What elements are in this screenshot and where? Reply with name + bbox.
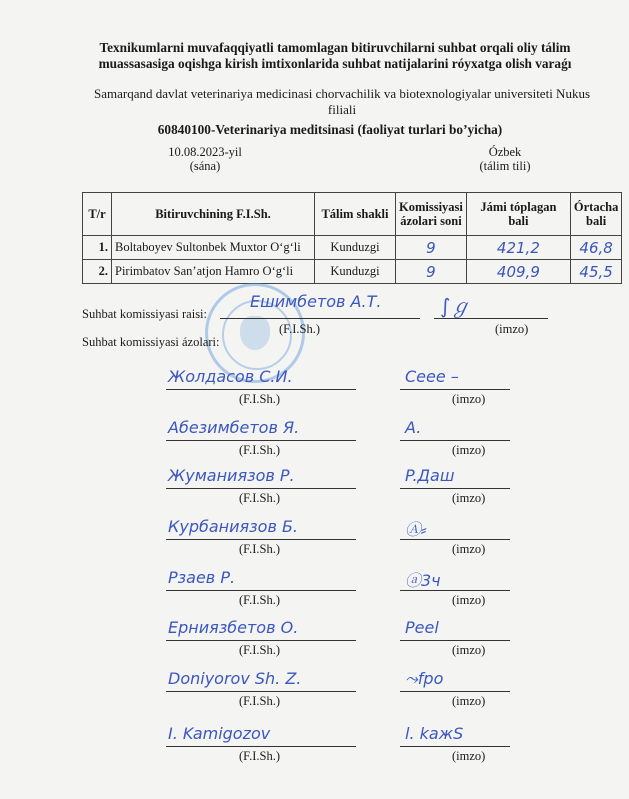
member-signature: A. [405, 418, 421, 437]
chair-label: Suhbat komissiyasi raisi: [82, 307, 207, 322]
chair-signature: ∫ℊ [440, 290, 470, 319]
name-caption: (F.I.Sh.) [239, 491, 280, 506]
sign-caption: (imzo) [452, 392, 485, 407]
member-name-handwritten: Doniyorov Sh. Z. [168, 669, 301, 688]
date-value: 10.08.2023-yil [160, 145, 250, 159]
member-name-line [166, 691, 356, 692]
member-sign-line [400, 488, 510, 489]
row-members: 9 [396, 260, 467, 284]
name-caption: (F.I.Sh.) [239, 749, 280, 764]
row-number: 2. [83, 260, 112, 284]
chair-name-line [220, 318, 420, 319]
member-sign-line [400, 590, 510, 591]
header-members: Komissiyasi ázolari soni [396, 193, 467, 236]
member-name-line [166, 746, 356, 747]
sign-caption: (imzo) [452, 542, 485, 557]
member-signature: Рeel [405, 618, 439, 637]
name-caption: (F.I.Sh.) [239, 542, 280, 557]
chair-name-handwritten: Eшимбетов А.Т. [250, 292, 381, 311]
member-name-line [166, 488, 356, 489]
document-title: Texnikumlarni muvafaqqiyatli tamomlagan … [80, 40, 590, 72]
sign-caption: (imzo) [452, 694, 485, 709]
language-label: (tálim tili) [460, 159, 550, 173]
member-sign-line [400, 389, 510, 390]
sign-caption: (imzo) [452, 749, 485, 764]
member-name-handwritten: Жуманиязов Р. [168, 466, 295, 485]
member-name-line [166, 590, 356, 591]
table-row: 1. Boltaboyev Sultonbek Muxtor O‘g‘li Ku… [83, 236, 622, 260]
member-sign-line [400, 640, 510, 641]
member-name-handwritten: Абезимбетов Я. [168, 418, 299, 437]
table-header: T/r Bitiruvchining F.I.Sh. Tálim shakli … [83, 193, 622, 236]
name-caption: (F.I.Sh.) [239, 643, 280, 658]
member-signature: Ⓐ⸗ [405, 517, 426, 540]
member-sign-line [400, 539, 510, 540]
sign-caption: (imzo) [495, 322, 528, 337]
header-form: Tálim shakli [315, 193, 396, 236]
members-label: Suhbat komissiyasi ázolari: [82, 335, 219, 350]
university-name: Samarqand davlat veterinariya medicinasi… [82, 86, 602, 118]
member-signature: P.Даш [405, 466, 454, 485]
name-caption: (F.I.Sh.) [239, 392, 280, 407]
member-name-line [166, 640, 356, 641]
sign-caption: (imzo) [452, 491, 485, 506]
specialty: 60840100-Veterinariya meditsinasi (faoli… [80, 122, 580, 138]
sign-caption: (imzo) [452, 643, 485, 658]
row-name: Pirimbatov San’atjon Hamro O‘g‘li [112, 260, 315, 284]
header-average: Órtacha bali [570, 193, 621, 236]
member-sign-line [400, 440, 510, 441]
member-sign-line [400, 691, 510, 692]
results-table: T/r Bitiruvchining F.I.Sh. Tálim shakli … [82, 192, 622, 284]
language-value: Ózbek [460, 145, 550, 159]
row-form: Kunduzgi [315, 236, 396, 260]
member-name-line [166, 539, 356, 540]
row-form: Kunduzgi [315, 260, 396, 284]
member-name-line [166, 389, 356, 390]
row-total: 409,9 [466, 260, 570, 284]
header-number: T/r [83, 193, 112, 236]
member-name-handwritten: Ерниязбетов О. [168, 618, 298, 637]
name-caption: (F.I.Sh.) [239, 593, 280, 608]
name-caption: (F.I.Sh.) [279, 322, 320, 337]
name-caption: (F.I.Sh.) [239, 694, 280, 709]
date-label: (sána) [160, 159, 250, 173]
sign-caption: (imzo) [452, 443, 485, 458]
row-total: 421,2 [466, 236, 570, 260]
sign-caption: (imzo) [452, 593, 485, 608]
row-name: Boltaboyev Sultonbek Muxtor O‘g‘li [112, 236, 315, 260]
row-number: 1. [83, 236, 112, 260]
table-row: 2. Pirimbatov San’atjon Hamro O‘g‘li Kun… [83, 260, 622, 284]
date-block: 10.08.2023-yil (sána) [160, 145, 250, 173]
member-name-handwritten: Рзаев Р. [168, 568, 235, 587]
member-signature: Ceee – [405, 367, 459, 386]
member-name-handwritten: Жолдасов С.И. [168, 367, 293, 386]
header-name: Bitiruvchining F.I.Sh. [112, 193, 315, 236]
member-name-line [166, 440, 356, 441]
row-members: 9 [396, 236, 467, 260]
row-average: 45,5 [570, 260, 621, 284]
member-signature: l. kaжS [405, 724, 463, 743]
row-average: 46,8 [570, 236, 621, 260]
member-signature: ⤳fpo [405, 669, 443, 689]
member-name-handwritten: I. Kamigozov [168, 724, 270, 743]
name-caption: (F.I.Sh.) [239, 443, 280, 458]
member-name-handwritten: Курбаниязов Б. [168, 517, 298, 536]
member-signature: ⓐ3ч [405, 568, 441, 591]
member-sign-line [400, 746, 510, 747]
language-block: Ózbek (tálim tili) [460, 145, 550, 173]
header-total: Jámi tóplagan bali [466, 193, 570, 236]
